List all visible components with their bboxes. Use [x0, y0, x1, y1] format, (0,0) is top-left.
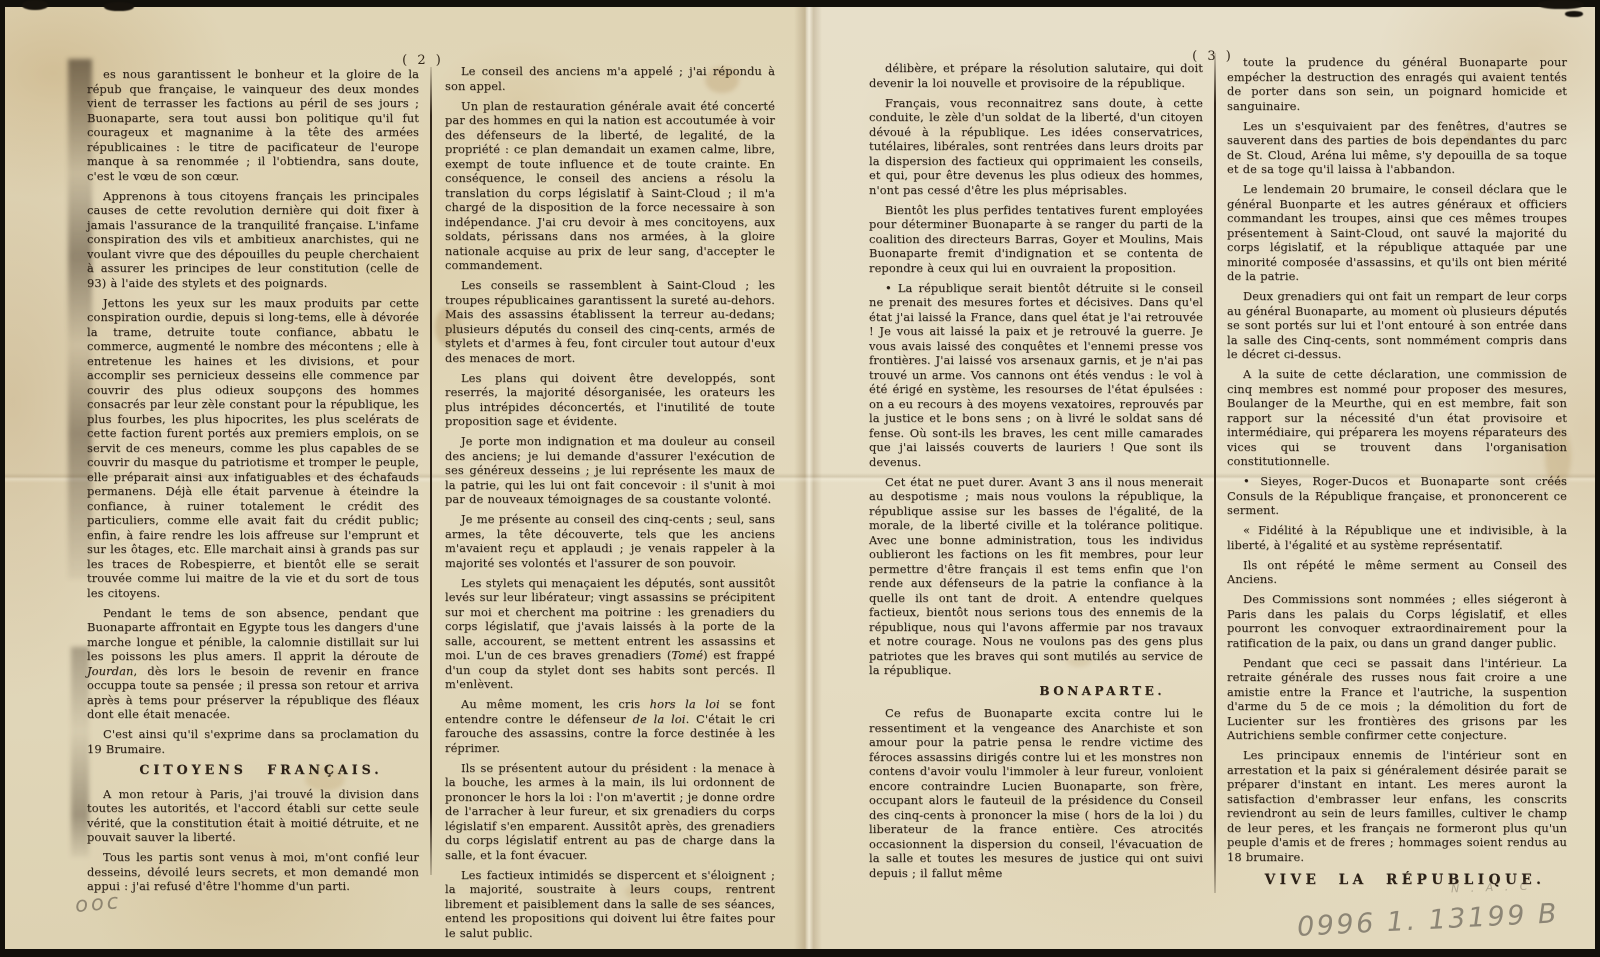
paragraph: Les factieux intimidés se dispercent et …: [445, 868, 775, 941]
paragraph: Tous les partis sont venus à moi, m'ont …: [87, 850, 419, 894]
section-heading: CITOYENS FRANÇAIS.: [87, 763, 419, 778]
paragraph: Pendant que ceci se passait dans l'intér…: [1227, 656, 1567, 743]
ink-speck-top-edge: [104, 2, 134, 11]
paragraph: Les conseils se rassemblent à Saint-Clou…: [445, 278, 775, 365]
paragraph: Les stylets qui menaçaient les députés, …: [445, 576, 775, 692]
pencil-annotation-faint: N . A . C: [1451, 880, 1532, 896]
paragraph: Je me présente au conseil des cinq-cents…: [445, 512, 775, 570]
paragraph: Les principaux ennemis de l'intérieur so…: [1227, 748, 1567, 864]
column-page2-right: Le conseil des anciens m'a appelé ; j'ai…: [445, 64, 775, 946]
paragraph: toute la prudence du général Buonaparte …: [1227, 55, 1567, 113]
paragraph: A mon retour à Paris, j'ai trouvé la div…: [87, 787, 419, 845]
paragraph: Jettons les yeux sur les maux produits p…: [87, 296, 419, 601]
column-page3-left: délibère, et prépare la résolution salut…: [869, 61, 1203, 886]
paragraph: « Fidélité à la République une et indivi…: [1227, 523, 1567, 552]
paragraph: A la suite de cette déclaration, une com…: [1227, 367, 1567, 469]
column-page2-left: es nous garantissent le bonheur et la gl…: [87, 67, 419, 899]
paragraph: Un plan de restauration générale avait é…: [445, 99, 775, 273]
paragraph: Ils ont répété le même serment au Consei…: [1227, 558, 1567, 587]
paragraph: • La république serait bientôt détruite …: [869, 281, 1203, 470]
scanned-pamphlet: ( 2 ) ( 3 ) es nous garantissent le bonh…: [0, 0, 1600, 957]
ink-speck-top-edge: [1538, 0, 1584, 9]
paragraph: es nous garantissent le bonheur et la gl…: [87, 67, 419, 183]
column-page3-right: toute la prudence du général Buonaparte …: [1227, 55, 1567, 888]
column-rule-page3: [1214, 53, 1216, 893]
paragraph: C'est ainsi qu'il s'exprime dans sa proc…: [87, 727, 419, 756]
paragraph: Le lendemain 20 brumaire, le conseil déc…: [1227, 182, 1567, 284]
paragraph: Les un s'esquivaient par des fenêtres, d…: [1227, 119, 1567, 177]
paragraph: Des Commissions sont nommées ; elles sié…: [1227, 592, 1567, 650]
ink-speck-top-edge: [22, 0, 48, 10]
paragraph: Je porte mon indignation et ma douleur a…: [445, 434, 775, 507]
paragraph: Le conseil des anciens m'a appelé ; j'ai…: [445, 64, 775, 93]
paragraph: • Sieyes, Roger-Ducos et Buonaparte sont…: [1227, 474, 1567, 518]
paragraph: Français, vous reconnaitrez sans doute, …: [869, 96, 1203, 198]
column-rule-page2: [430, 67, 432, 875]
section-heading: BONAPARTE.: [869, 684, 1165, 699]
paragraph: Ce refus de Buonaparte excita contre lui…: [869, 706, 1203, 880]
pencil-annotation-bottom-left: ooc: [74, 889, 122, 917]
ink-speck-top-edge: [1565, 11, 1583, 17]
paragraph: Deux grenadiers qui ont fait un rempart …: [1227, 289, 1567, 362]
paragraph: délibère, et prépare la résolution salut…: [869, 61, 1203, 90]
paragraph: Pendant le tems de son absence, pendant …: [87, 606, 419, 722]
paragraph: Les plans qui doivent être developpés, s…: [445, 371, 775, 429]
paper-sheet: ( 2 ) ( 3 ) es nous garantissent le bonh…: [5, 7, 1595, 949]
paragraph: Au même moment, les cris hors la loi se …: [445, 697, 775, 755]
paragraph: Apprenons à tous citoyens français les p…: [87, 189, 419, 291]
paragraph: Bientôt les plus perfides tentatives fur…: [869, 203, 1203, 276]
paragraph: Cet état ne puet durer. Avant 3 ans il n…: [869, 475, 1203, 678]
paragraph: Ils se présentent autour du président : …: [445, 761, 775, 863]
